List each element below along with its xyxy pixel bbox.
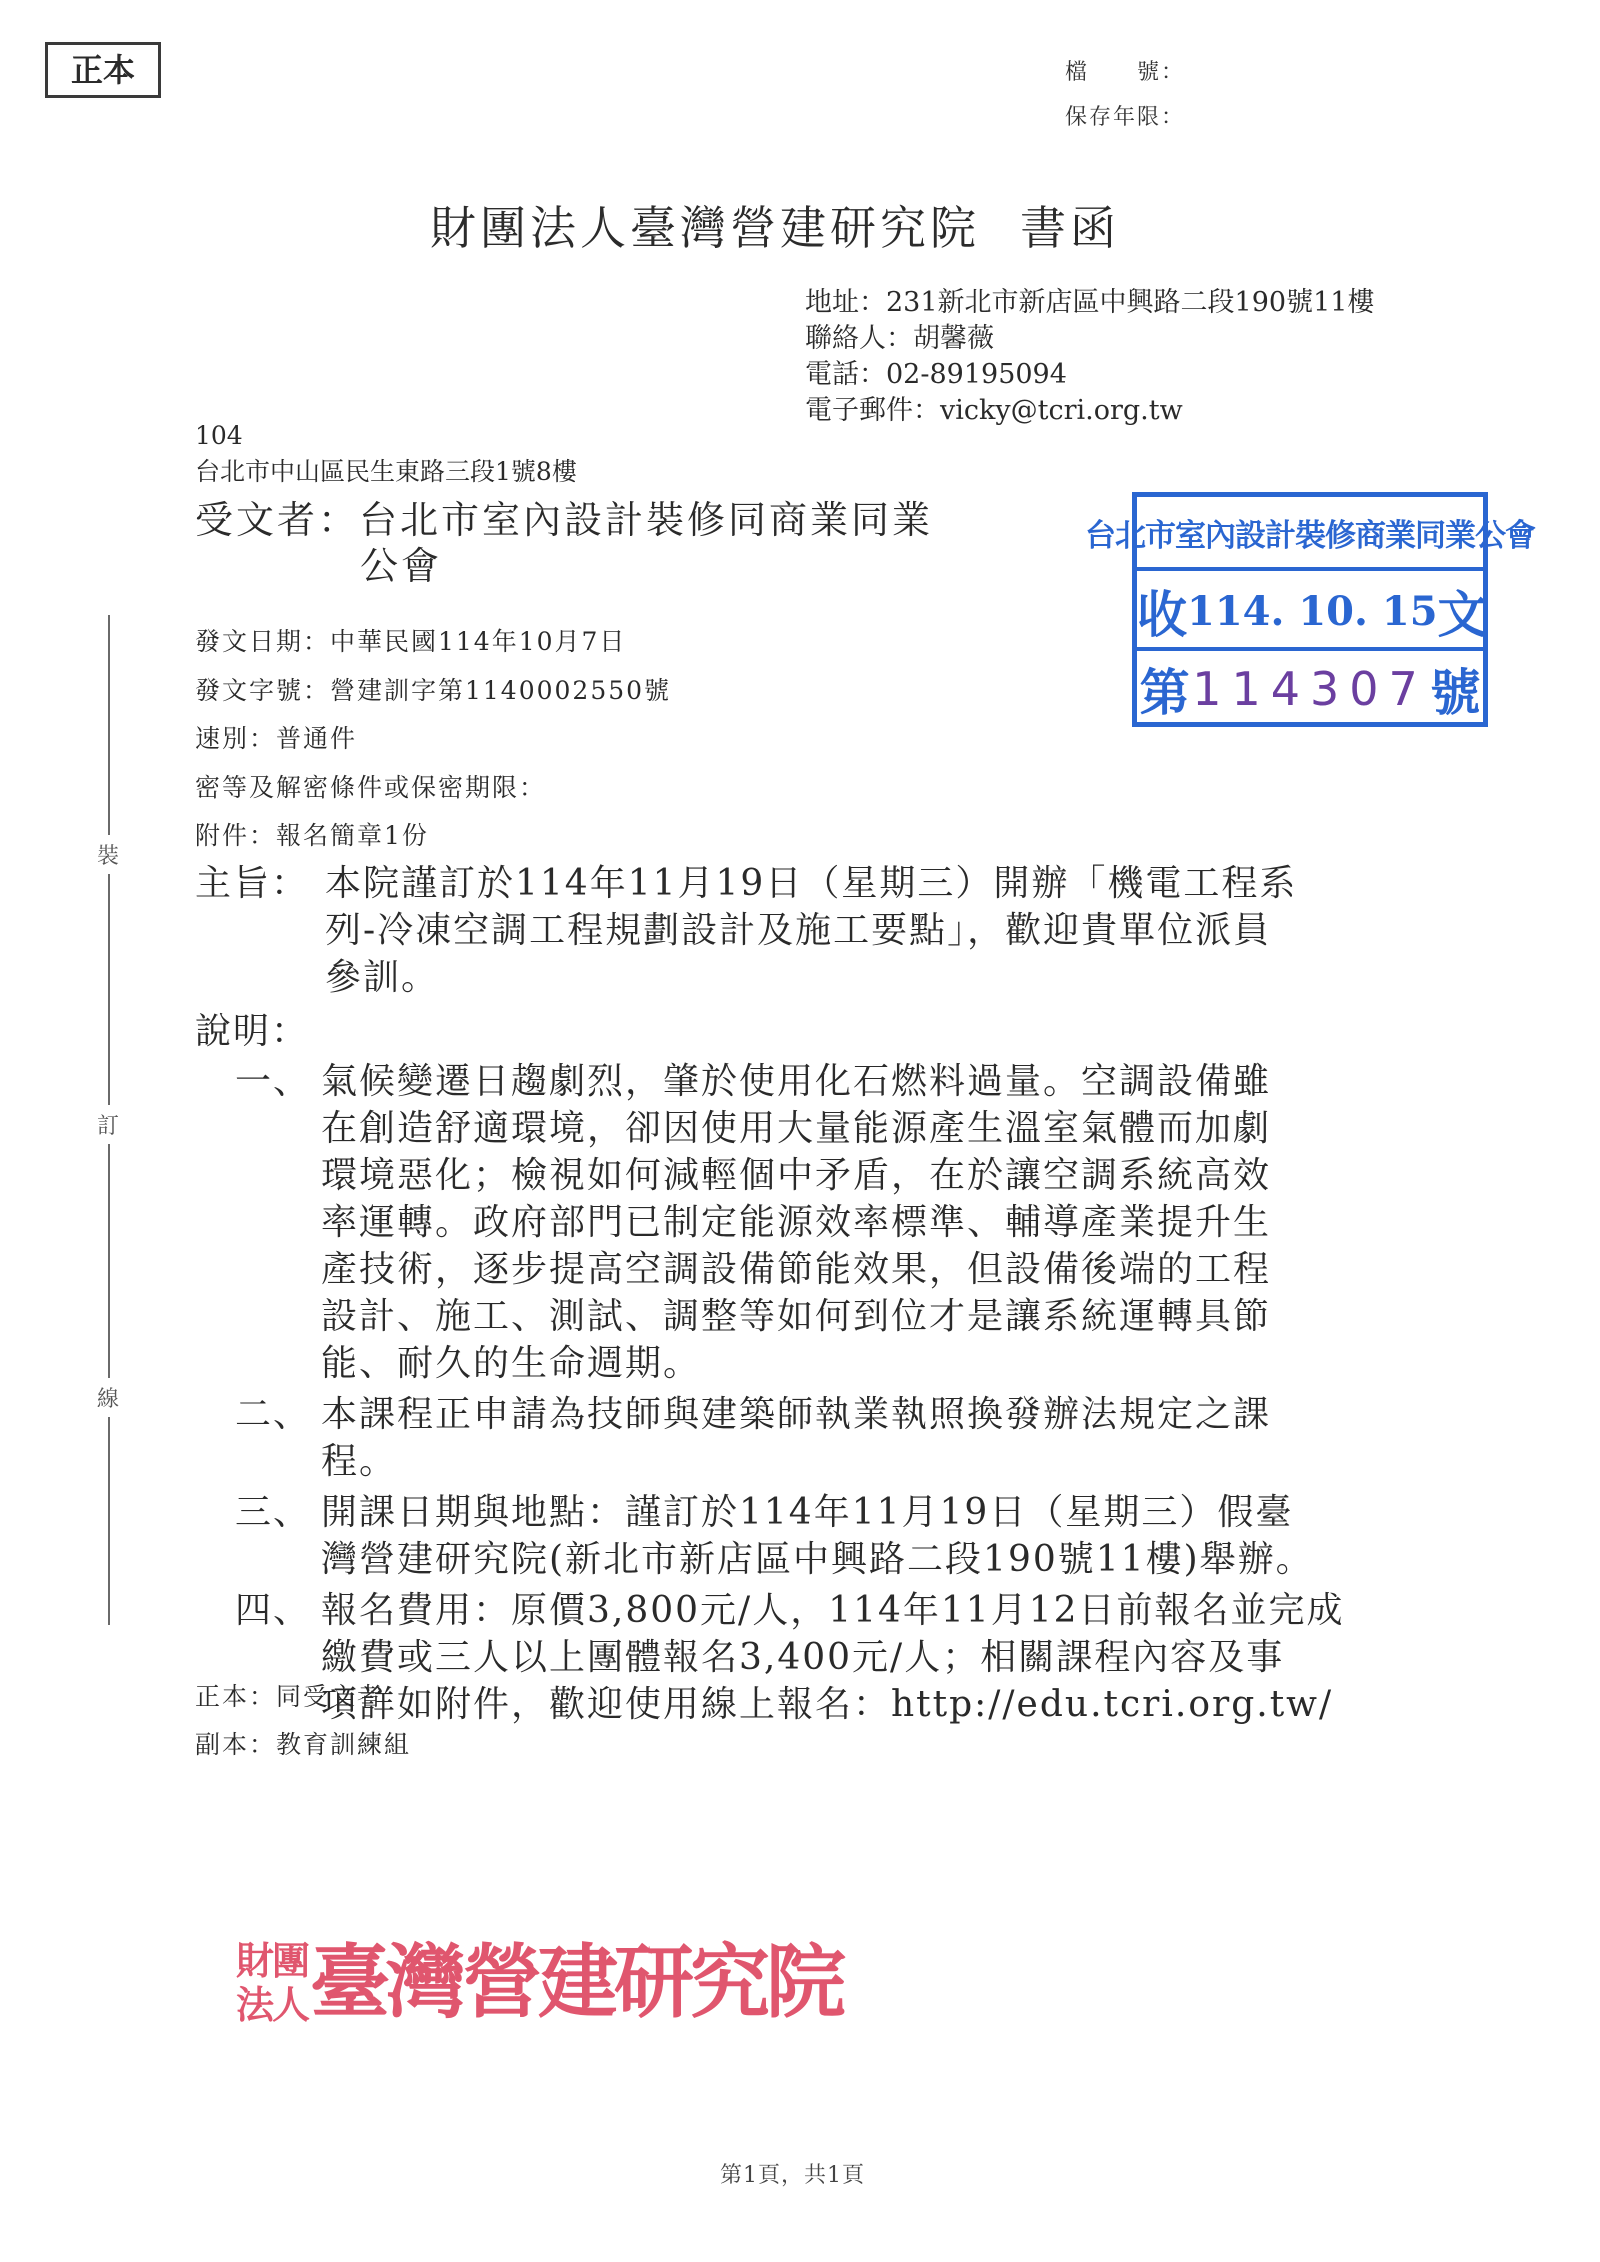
document-fields: 發文日期：中華民國114年10月7日 發文字號：營建訓字第1140002550號… — [195, 618, 671, 861]
item-number: 四、 — [235, 1587, 311, 1634]
seal-main-text: 臺灣營建研究院 — [310, 1938, 842, 2028]
sender-email: 電子郵件：vicky@tcri.org.tw — [805, 393, 1374, 429]
receipt-stamp: 台北市室內設計裝修商業同業公會 收 114. 10. 15 文 第 114307… — [1132, 492, 1488, 727]
number-suffix: 號 — [1428, 653, 1483, 725]
binding-mark-zhuang: 裝 — [97, 835, 119, 874]
sender-info-block: 地址：231新北市新店區中興路二段190號11樓 聯絡人：胡馨薇 電話：02-8… — [805, 285, 1374, 429]
binding-mark-xian: 線 — [97, 1378, 119, 1417]
retention-period-label: 保存年限： — [1065, 100, 1185, 131]
receipt-number-handwritten: 114307 — [1192, 662, 1428, 716]
copy-marker-box: 正本 — [45, 42, 161, 98]
explanation-label: 說明： — [195, 1003, 309, 1054]
recipient-street: 台北市中山區民生東路三段1號8樓 — [195, 454, 577, 490]
explanation-item: 四、 報名費用：原價3,800元/人，114年11月12日前報名並完成 繳費或三… — [235, 1587, 1455, 1728]
priority: 速別：普通件 — [195, 715, 671, 764]
item-number: 三、 — [235, 1489, 311, 1536]
issue-number: 發文字號：營建訓字第1140002550號 — [195, 667, 671, 716]
item-number: 一、 — [235, 1058, 311, 1105]
copy-recipients: 副本：教育訓練組 — [195, 1721, 411, 1769]
recipient-address-block: 104 台北市中山區民生東路三段1號8樓 — [195, 418, 577, 490]
item-text: 開課日期與地點：謹訂於114年11月19日（星期三）假臺 灣營建研究院(新北市新… — [321, 1489, 1455, 1583]
distribution-block: 正本：同受文者 副本：教育訓練組 — [195, 1673, 411, 1769]
document-type: 書函 — [1020, 201, 1120, 255]
subject-block: 主旨： 本院謹訂於114年11月19日（星期三）開辦「機電工程系 列-冷凍空調工… — [195, 860, 1435, 1001]
sender-phone: 電話：02-89195094 — [805, 357, 1374, 393]
file-number-label: 檔 號： — [1065, 55, 1185, 86]
number-prefix: 第 — [1137, 653, 1192, 725]
sender-contact: 聯絡人：胡馨薇 — [805, 321, 1374, 357]
seal-small-top: 財團 — [236, 1939, 308, 1983]
received-char: 收 — [1137, 575, 1187, 647]
explanation-item: 二、 本課程正申請為技師與建築師執業執照換發辦法規定之課 程。 — [235, 1391, 1455, 1485]
receipt-stamp-number-row: 第 114307 號 — [1137, 647, 1483, 727]
recipient-block: 受文者：台北市室內設計裝修同商業同業 公會 — [195, 497, 933, 589]
recipient-label: 受文者： — [195, 498, 359, 542]
document-title: 財團法人臺灣營建研究院書函 — [430, 192, 1120, 258]
attachment: 附件：報名簡章1份 — [195, 812, 671, 861]
explanation-item: 三、 開課日期與地點：謹訂於114年11月19日（星期三）假臺 灣營建研究院(新… — [235, 1489, 1455, 1583]
page-number: 第1頁，共1頁 — [720, 2158, 865, 2189]
explanation-item: 一、 氣候變遷日趨劇烈，肇於使用化石燃料過量。空調設備雖 在創造舒適環境，卻因使… — [235, 1058, 1455, 1387]
recipient-zip: 104 — [195, 418, 577, 454]
issuing-organization: 財團法人臺灣營建研究院 — [430, 201, 980, 255]
item-number: 二、 — [235, 1391, 311, 1438]
organization-seal: 財團 法人 臺灣營建研究院 — [236, 1938, 842, 2028]
subject-label: 主旨： — [195, 860, 309, 907]
explanation-items: 一、 氣候變遷日趨劇烈，肇於使用化石燃料過量。空調設備雖 在創造舒適環境，卻因使… — [235, 1058, 1455, 1732]
subject-text: 本院謹訂於114年11月19日（星期三）開辦「機電工程系 列-冷凍空調工程規劃設… — [325, 860, 1435, 1001]
item-text: 本課程正申請為技師與建築師執業執照換發辦法規定之課 程。 — [321, 1391, 1455, 1485]
seal-small-bottom: 法人 — [236, 1983, 308, 2027]
issue-date: 發文日期：中華民國114年10月7日 — [195, 618, 671, 667]
receipt-date: 114. 10. 15 — [1187, 588, 1438, 635]
seal-prefix: 財團 法人 — [236, 1939, 308, 2027]
recipient-name-line1: 台北市室內設計裝修同商業同業 — [359, 498, 933, 542]
confidentiality: 密等及解密條件或保密期限： — [195, 764, 671, 813]
recipient-name-line2: 公會 — [195, 543, 933, 589]
original-recipients: 正本：同受文者 — [195, 1673, 411, 1721]
sender-address: 地址：231新北市新店區中興路二段190號11樓 — [805, 285, 1374, 321]
item-text: 報名費用：原價3,800元/人，114年11月12日前報名並完成 繳費或三人以上… — [321, 1587, 1455, 1728]
receipt-stamp-org: 台北市室內設計裝修商業同業公會 — [1137, 497, 1483, 567]
doc-char: 文 — [1438, 575, 1488, 647]
item-text: 氣候變遷日趨劇烈，肇於使用化石燃料過量。空調設備雖 在創造舒適環境，卻因使用大量… — [321, 1058, 1455, 1387]
receipt-stamp-date-row: 收 114. 10. 15 文 — [1137, 567, 1483, 651]
binding-mark-ding: 訂 — [97, 1105, 119, 1144]
